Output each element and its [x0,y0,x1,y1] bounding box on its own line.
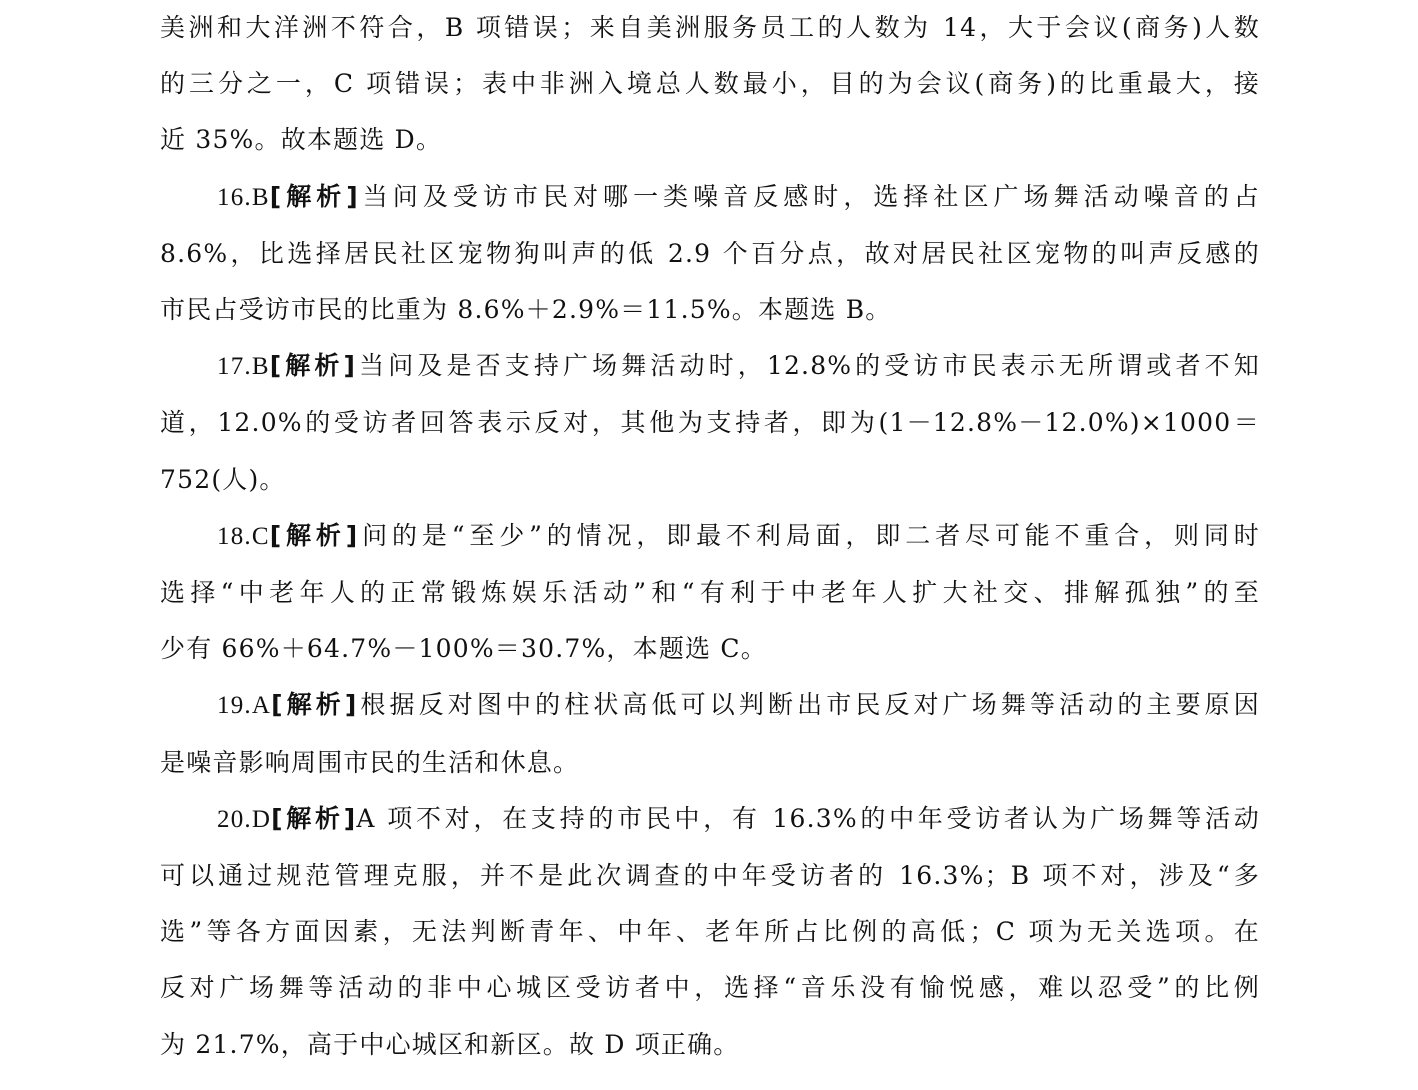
text-line: 美洲和大洋洲不符合，B 项错误；来自美洲服务员工的人数为 14，大于会议(商务)… [160,0,1260,56]
paragraph-q20-explanation: 20.D[解析]A 项不对，在支持的市民中，有 16.3%的中年受访者认为广场舞… [160,791,1260,1073]
text-line: 20.D[解析]A 项不对，在支持的市民中，有 16.3%的中年受访者认为广场舞… [160,791,1260,848]
text-line: 少有 66%＋64.7%－100%＝30.7%，本题选 C。 [160,621,1260,677]
text-fragment: A 项不对，在支持的市民中，有 16.3%的中年受访者认为广场舞等活动 [356,804,1260,833]
text-line: 选”等各方面因素，无法判断青年、中年、老年所占比例的高低；C 项为无关选项。在 [160,904,1260,960]
text-line: 道，12.0%的受访者回答表示反对，其他为支持者，即为(1－12.8%－12.0… [160,395,1260,451]
text-line: 752(人)。 [160,452,1260,508]
analysis-tag: [解析] [270,351,356,380]
question-number: 19.A [217,692,271,719]
text-line: 近 35%。故本题选 D。 [160,112,1260,168]
answer-explanations-page: 美洲和大洋洲不符合，B 项错误；来自美洲服务员工的人数为 14，大于会议(商务)… [160,0,1260,1073]
analysis-tag: [解析] [271,804,356,833]
text-line: 的三分之一，C 项错误；表中非洲入境总人数最小，目的为会议(商务)的比重最大，接 [160,56,1260,112]
question-number: 16.B [217,184,270,211]
paragraph-q17-explanation: 17.B[解析]当问及是否支持广场舞活动时，12.8%的受访市民表示无所谓或者不… [160,338,1260,508]
text-line: 为 21.7%，高于中心城区和新区。故 D 项正确。 [160,1017,1260,1073]
text-line: 19.A[解析]根据反对图中的柱状高低可以判断出市民反对广场舞等活动的主要原因 [160,677,1260,734]
text-fragment: 根据反对图中的柱状高低可以判断出市民反对广场舞等活动的主要原因 [358,690,1261,719]
text-line: 17.B[解析]当问及是否支持广场舞活动时，12.8%的受访市民表示无所谓或者不… [160,338,1260,395]
text-fragment: 问的是“至少”的情况，即最不利局面，即二者尽可能不重合，则同时 [358,521,1260,550]
text-fragment: 当问及是否支持广场舞活动时，12.8%的受访市民表示无所谓或者不知 [356,351,1260,380]
analysis-tag: [解析] [271,690,357,719]
text-line: 市民占受访市民的比重为 8.6%＋2.9%＝11.5%。本题选 B。 [160,282,1260,338]
text-line: 可以通过规范管理克服，并不是此次调查的中年受访者的 16.3%；B 项不对，涉及… [160,848,1260,904]
paragraph-q16-explanation: 16.B[解析]当问及受访市民对哪一类噪音反感时，选择社区广场舞活动噪音的占 8… [160,169,1260,339]
paragraph-q19-explanation: 19.A[解析]根据反对图中的柱状高低可以判断出市民反对广场舞等活动的主要原因 … [160,677,1260,790]
text-line: 选择“中老年人的正常锻炼娱乐活动”和“有利于中老年人扩大社交、排解孤独”的至 [160,565,1260,621]
text-line: 反对广场舞等活动的非中心城区受访者中，选择“音乐没有愉悦感，难以忍受”的比例 [160,960,1260,1016]
text-line: 是噪音影响周围市民的生活和休息。 [160,735,1260,791]
text-line: 16.B[解析]当问及受访市民对哪一类噪音反感时，选择社区广场舞活动噪音的占 [160,169,1260,226]
text-fragment: 当问及受访市民对哪一类噪音反感时，选择社区广场舞活动噪音的占 [359,182,1260,211]
text-line: 18.C[解析]问的是“至少”的情况，即最不利局面，即二者尽可能不重合，则同时 [160,508,1260,565]
analysis-tag: [解析] [270,521,359,550]
paragraph-q18-explanation: 18.C[解析]问的是“至少”的情况，即最不利局面，即二者尽可能不重合，则同时 … [160,508,1260,678]
paragraph-q15-continuation: 美洲和大洋洲不符合，B 项错误；来自美洲服务员工的人数为 14，大于会议(商务)… [160,0,1260,169]
question-number: 20.D [217,806,271,833]
question-number: 18.C [217,523,270,550]
text-line: 8.6%，比选择居民社区宠物狗叫声的低 2.9 个百分点，故对居民社区宠物的叫声… [160,226,1260,282]
question-number: 17.B [217,353,270,380]
analysis-tag: [解析] [270,182,359,211]
